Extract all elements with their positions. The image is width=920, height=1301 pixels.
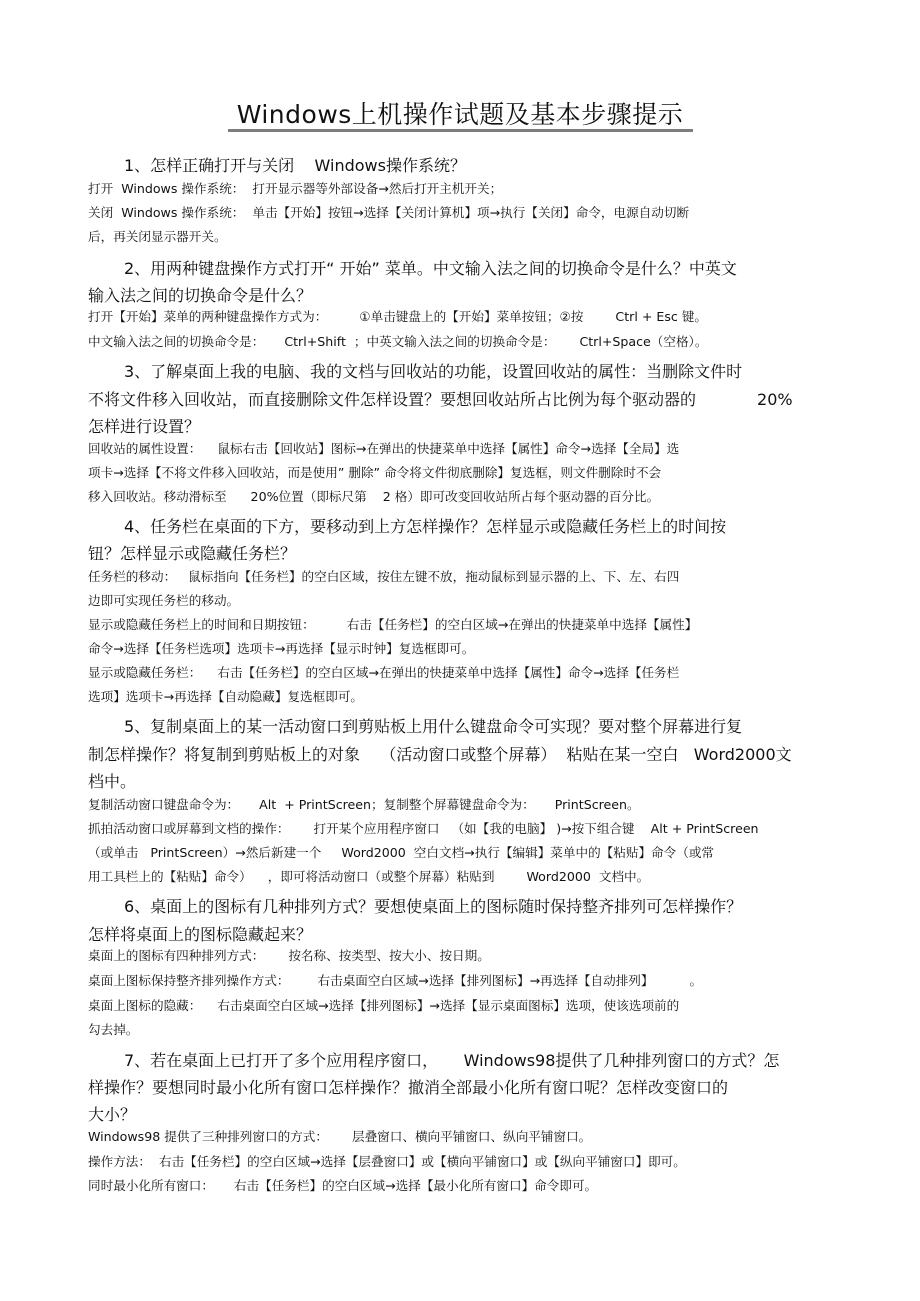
answer-2-line-2: 中文输入法之间的切换命令是： Ctrl+Shift ；中英文输入法之间的切换命令… — [88, 332, 707, 352]
question-5-line-2: 制怎样操作？将复制到剪贴板上的对象 （活动窗口或整个屏幕） 粘贴在某一空白 Wo… — [88, 742, 792, 768]
question-1-line-1: 1、怎样正确打开与关闭 Windows操作系统？ — [124, 153, 466, 179]
question-7-line-3: 大小？ — [88, 1102, 136, 1128]
question-7-line-1: 7、若在桌面上已打开了多个应用程序窗口， Windows98提供了几种排列窗口的… — [124, 1048, 779, 1074]
answer-7-line-3: 同时最小化所有窗口： 右击【任务栏】的空白区域→选择【最小化所有窗口】命令即可。 — [88, 1176, 597, 1196]
answer-6-line-1: 桌面上的图标有四种排列方式： 按名称、按类型、按大小、按日期。 — [88, 946, 490, 966]
answer-4-line-3: 显示或隐藏任务栏上的时间和日期按钮： 右击【任务栏】的空白区域→在弹出的快捷菜单… — [88, 615, 697, 635]
answer-6-line-4: 勾去掉。 — [88, 1020, 138, 1040]
answer-7-line-2: 操作方法： 右击【任务栏】的空白区域→选择【层叠窗口】或【横向平铺窗口】或【纵向… — [88, 1152, 686, 1172]
question-5-line-3: 档中。 — [88, 769, 136, 795]
answer-4-line-2: 边即可实现任务栏的移动。 — [88, 591, 239, 611]
answer-1-line-3: 后，再关闭显示器开关。 — [88, 227, 227, 247]
answer-5-line-2: 抓拍活动窗口或屏幕到文档的操作： 打开某个应用程序窗口 （如【我的电脑】 )→按… — [88, 819, 759, 839]
question-6-line-1: 6、桌面上的图标有几种排列方式？要想使桌面上的图标随时保持整齐排列可怎样操作？ — [124, 894, 742, 920]
question-4-line-1: 4、任务栏在桌面的下方，要移动到上方怎样操作？怎样显示或隐藏任务栏上的时间按 — [124, 514, 726, 540]
answer-5-line-4: 用工具栏上的【粘贴】命令） ，即可将活动窗口（或整个屏幕）粘贴到 Word200… — [88, 867, 649, 887]
answer-2-line-1: 打开【开始】菜单的两种键盘操作方式为： ①单击键盘上的【开始】菜单按钮；②按 C… — [88, 307, 707, 327]
answer-6-line-3: 桌面上图标的隐藏： 右击桌面空白区域→选择【排列图标】→选择【显示桌面图标】选项… — [88, 996, 679, 1016]
title-underline — [228, 129, 693, 132]
document-page: Windows上机操作试题及基本步骤提示 1、怎样正确打开与关闭 Windows… — [0, 0, 920, 1301]
answer-3-line-2: 项卡→选择【不将文件移入回收站，而是使用” 删除” 命令将文件彻底删除】复选框，… — [88, 463, 661, 483]
answer-6-line-2: 桌面上图标保持整齐排列操作方式： 右击桌面空白区域→选择【排列图标】→再选择【自… — [88, 971, 702, 991]
answer-7-line-1: Windows98 提供了三种排列窗口的方式： 层叠窗口、横向平铺窗口、纵向平铺… — [88, 1127, 591, 1147]
answer-1-line-2: 关闭 Windows 操作系统： 单击【开始】按钮→选择【关闭计算机】项→执行【… — [88, 203, 689, 223]
document-title: Windows上机操作试题及基本步骤提示 — [0, 98, 920, 132]
question-5-line-1: 5、复制桌面上的某一活动窗口到剪贴板上用什么键盘命令可实现？要对整个屏幕进行复 — [124, 714, 742, 740]
answer-3-line-3: 移入回收站。移动滑标至 20%位置（即标尺第 2 格）即可改变回收站所占每个驱动… — [88, 487, 659, 507]
answer-3-line-1: 回收站的属性设置： 鼠标右击【回收站】图标→在弹出的快捷菜单中选择【属性】命令→… — [88, 439, 679, 459]
answer-1-line-1: 打开 Windows 操作系统： 打开显示器等外部设备→然后打开主机开关； — [88, 179, 502, 199]
answer-4-line-5: 显示或隐藏任务栏： 右击【任务栏】的空白区域→在弹出的快捷菜单中选择【属性】命令… — [88, 663, 679, 683]
question-3-line-1: 3、了解桌面上我的电脑、我的文档与回收站的功能，设置回收站的属性：当删除文件时 — [124, 359, 742, 385]
question-7-line-2: 样操作？要想同时最小化所有窗口怎样操作？撤消全部最小化所有窗口呢？怎样改变窗口的 — [88, 1075, 728, 1101]
answer-5-line-3: （或单击 PrintScreen）→然后新建一个 Word2000 空白文档→执… — [88, 843, 714, 863]
answer-4-line-4: 命令→选择【任务栏选项】选项卡→再选择【显示时钟】复选框即可。 — [88, 639, 474, 659]
question-6-line-2: 怎样将桌面上的图标隐藏起来？ — [88, 922, 312, 948]
question-4-line-2: 钮？怎样显示或隐藏任务栏？ — [88, 541, 296, 567]
question-2-line-1: 2、用两种键盘操作方式打开“ 开始” 菜单。中文输入法之间的切换命令是什么？中英… — [124, 256, 737, 282]
answer-4-line-6: 选项】选项卡→再选择【自动隐藏】复选框即可。 — [88, 687, 363, 707]
question-2-line-2: 输入法之间的切换命令是什么？ — [88, 283, 312, 309]
question-3-line-3: 怎样进行设置？ — [88, 414, 200, 440]
answer-4-line-1: 任务栏的移动： 鼠标指向【任务栏】的空白区域，按住左键不放，拖动鼠标到显示器的上… — [88, 567, 679, 587]
answer-5-line-1: 复制活动窗口键盘命令为： Alt + PrintScreen；复制整个屏幕键盘命… — [88, 795, 640, 815]
question-3-line-2: 不将文件移入回收站，而直接删除文件怎样设置？要想回收站所占比例为每个驱动器的 2… — [88, 387, 793, 413]
